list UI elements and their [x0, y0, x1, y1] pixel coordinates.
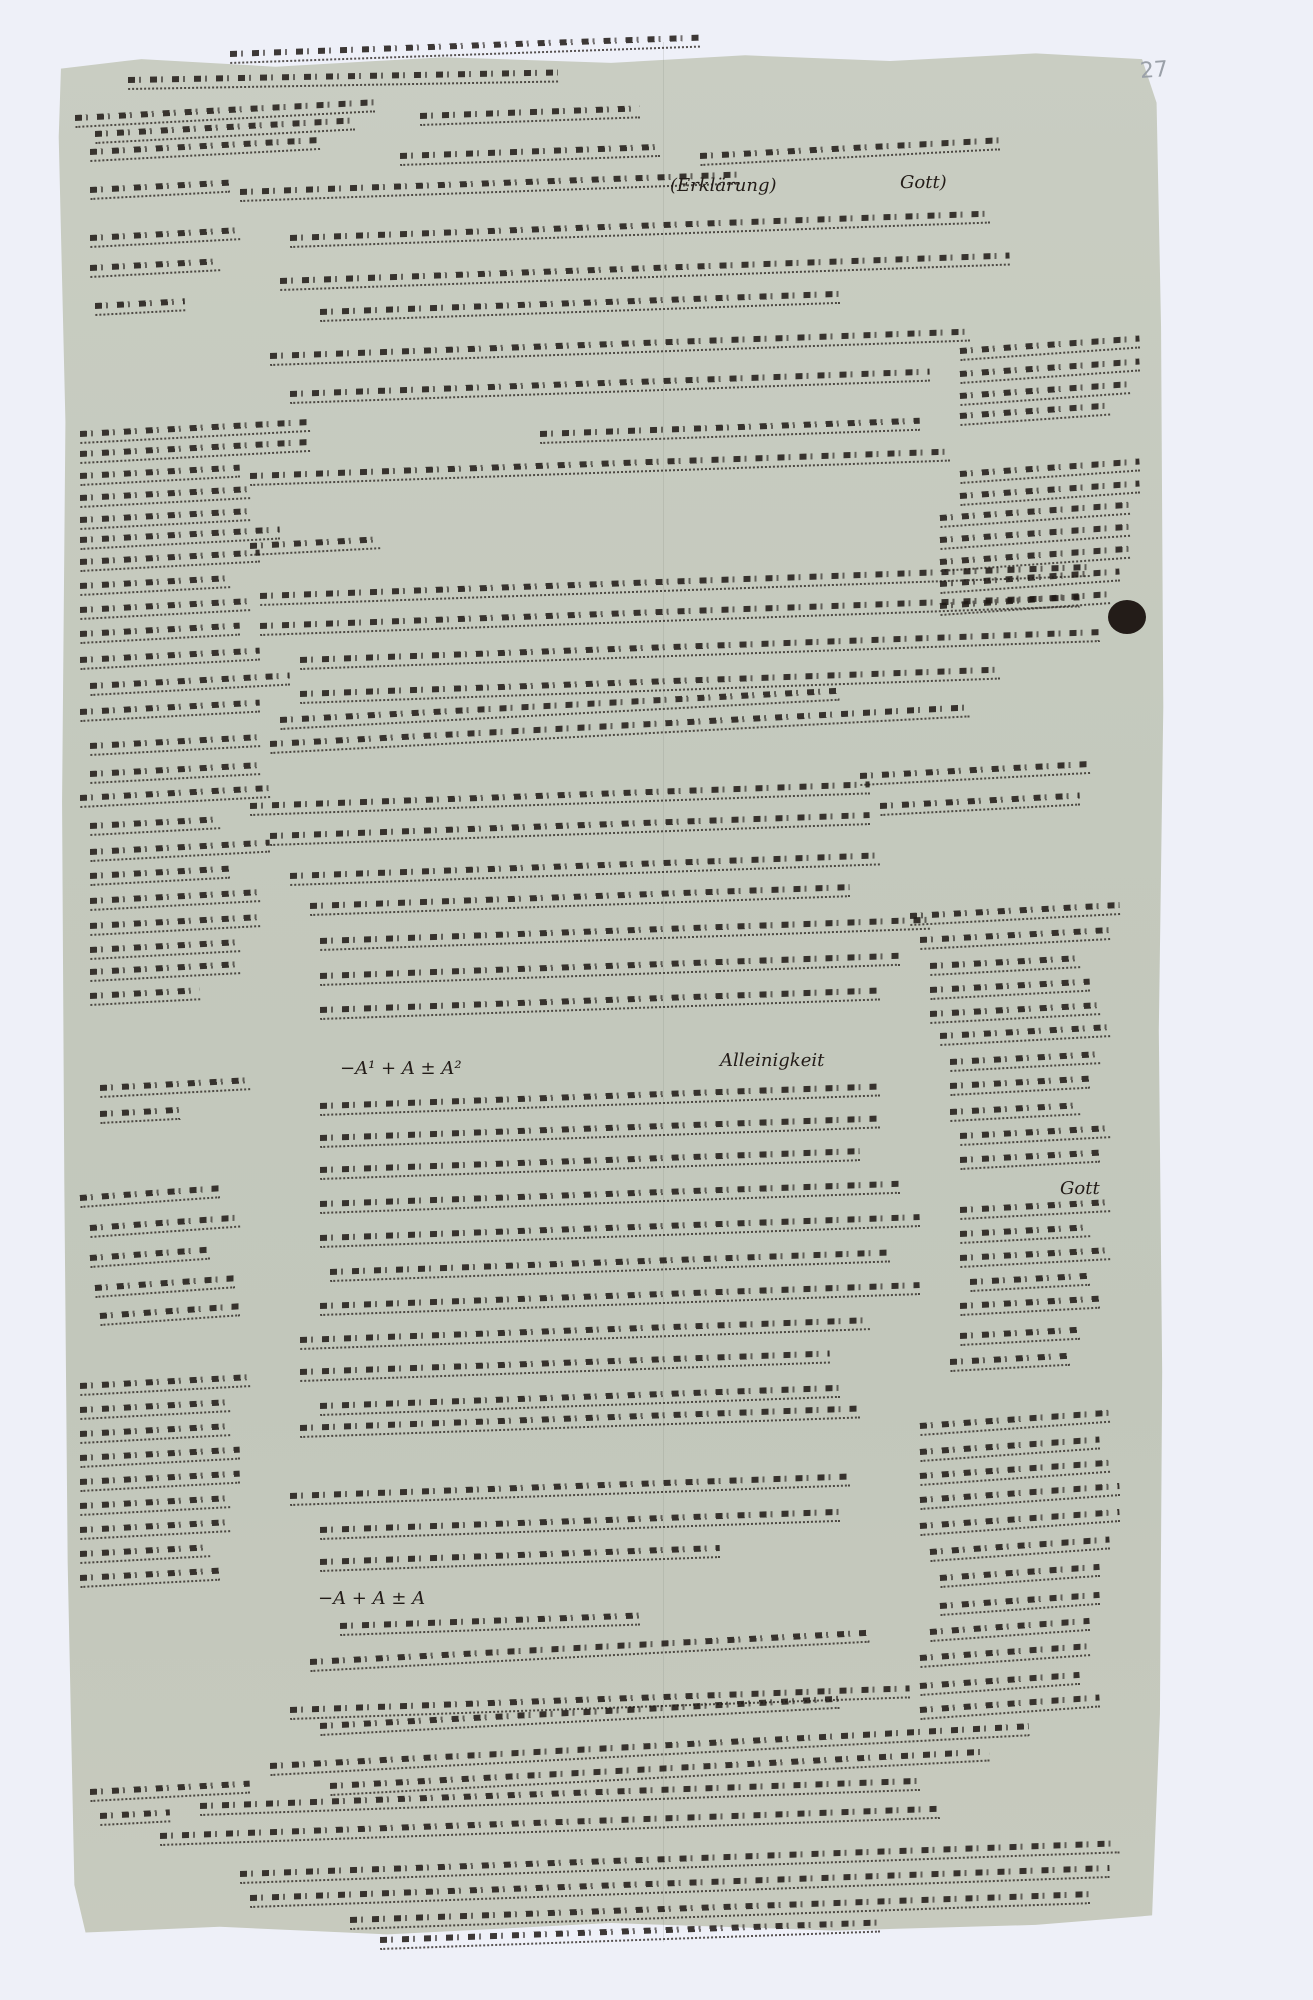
legible-fragment: Gott): [900, 172, 947, 193]
legible-fragment: Alleinigkeit: [720, 1050, 824, 1071]
legible-fragment: (Erklärung): [670, 175, 777, 196]
legible-fragment: −A¹ + A ± A²: [340, 1058, 462, 1079]
ink-blot: [1108, 600, 1146, 634]
page-number: 27: [1139, 57, 1169, 84]
legible-fragment: Gott: [1060, 1178, 1100, 1199]
legible-fragment: −A + A ± A: [318, 1588, 425, 1609]
